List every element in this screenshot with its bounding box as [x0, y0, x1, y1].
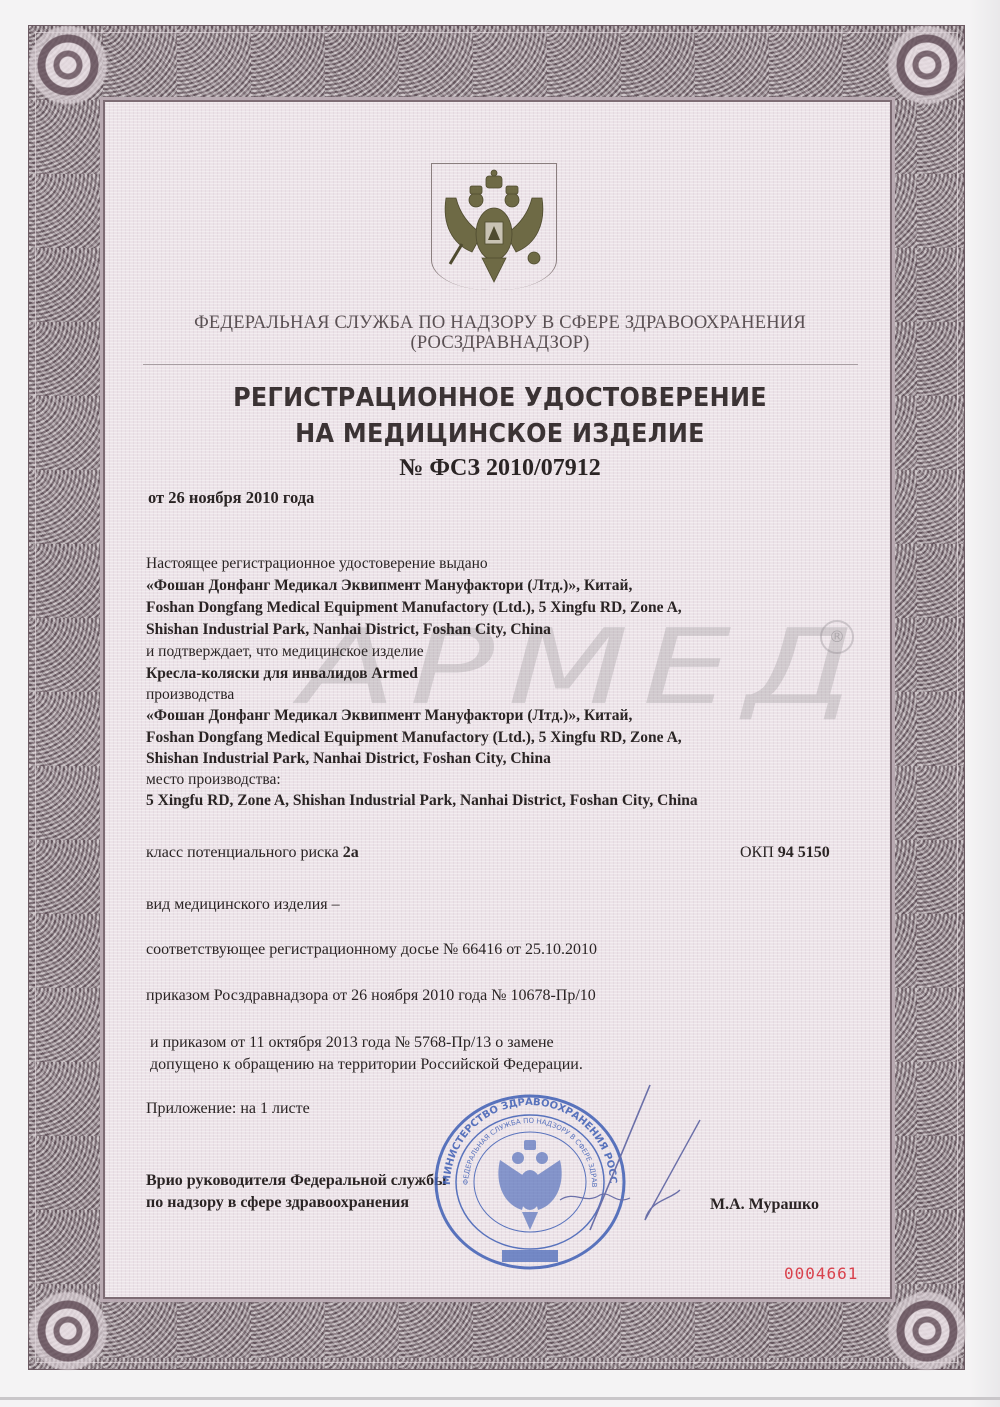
- admission-statement: допущено к обращению на территории Росси…: [150, 1056, 583, 1074]
- holder-name-ru: «Фошан Донфанг Медикал Эквипмент Мануфак…: [146, 577, 632, 595]
- page-bottom-edge: [0, 1397, 1000, 1400]
- okp-label: ОКП: [740, 844, 774, 861]
- official-stamp-icon: МИНИСТЕРСТВО ЗДРАВООХРАНЕНИЯ РОССИЙСКОЙ …: [430, 1090, 630, 1270]
- document-title: РЕГИСТРАЦИОННОЕ УДОСТОВЕРЕНИЕ: [160, 383, 841, 413]
- header-divider: [143, 364, 858, 365]
- serial-number: 0004661: [784, 1264, 858, 1283]
- replacement-order: и приказом от 11 октября 2013 года № 576…: [150, 1034, 554, 1052]
- coat-of-arms-icon: [431, 163, 557, 290]
- manufacturer-address-en: Shishan Industrial Park, Nanhai District…: [146, 750, 551, 768]
- dossier-reference: соответствующее регистрационному досье №…: [146, 941, 597, 959]
- manufacturer-name-en: Foshan Dongfang Medical Equipment Manufa…: [146, 729, 682, 747]
- manufacturer-label: производства: [146, 686, 234, 704]
- manufacturer-name-ru: «Фошан Донфанг Медикал Эквипмент Мануфак…: [146, 707, 632, 725]
- production-site-address: 5 Xingfu RD, Zone A, Shishan Industrial …: [146, 792, 698, 810]
- risk-class-label: класс потенциального риска: [146, 844, 339, 861]
- registration-number: № ФСЗ 2010/07912: [130, 455, 870, 482]
- page-edge: [970, 0, 1000, 1407]
- device-kind: вид медицинского изделия –: [146, 896, 340, 914]
- risk-class-value: 2а: [343, 844, 359, 861]
- holder-name-en: Foshan Dongfang Medical Equipment Manufa…: [146, 599, 682, 617]
- holder-address-en: Shishan Industrial Park, Nanhai District…: [146, 621, 551, 639]
- appendix-note: Приложение: на 1 листе: [146, 1100, 310, 1118]
- agency-abbreviation: (РОСЗДРАВНАДЗОР): [130, 333, 870, 354]
- production-site-label: место производства:: [146, 771, 281, 789]
- signatory-title-cont: по надзору в сфере здравоохранения: [146, 1194, 409, 1212]
- signatory-name: М.А. Мурашко: [710, 1196, 819, 1214]
- risk-class: класс потенциального риска 2а: [146, 844, 359, 862]
- confirms-label: и подтверждает, что медицинское изделие: [146, 643, 424, 661]
- order-reference: приказом Росздравнадзора от 26 ноября 20…: [146, 987, 596, 1005]
- issue-date: от 26 ноября 2010 года: [148, 488, 314, 508]
- agency-name: ФЕДЕРАЛЬНАЯ СЛУЖБА ПО НАДЗОРУ В СФЕРЕ ЗД…: [130, 313, 870, 334]
- okp-value: 94 5150: [778, 844, 830, 861]
- product-name: Кресла-коляски для инвалидов Armed: [146, 665, 418, 683]
- issued-to-label: Настоящее регистрационное удостоверение …: [146, 555, 488, 573]
- signatory-title: Врио руководителя Федеральной службы: [146, 1172, 447, 1190]
- okp-code: ОКП 94 5150: [740, 844, 830, 862]
- document-subtitle: НА МЕДИЦИНСКОЕ ИЗДЕЛИЕ: [160, 419, 841, 449]
